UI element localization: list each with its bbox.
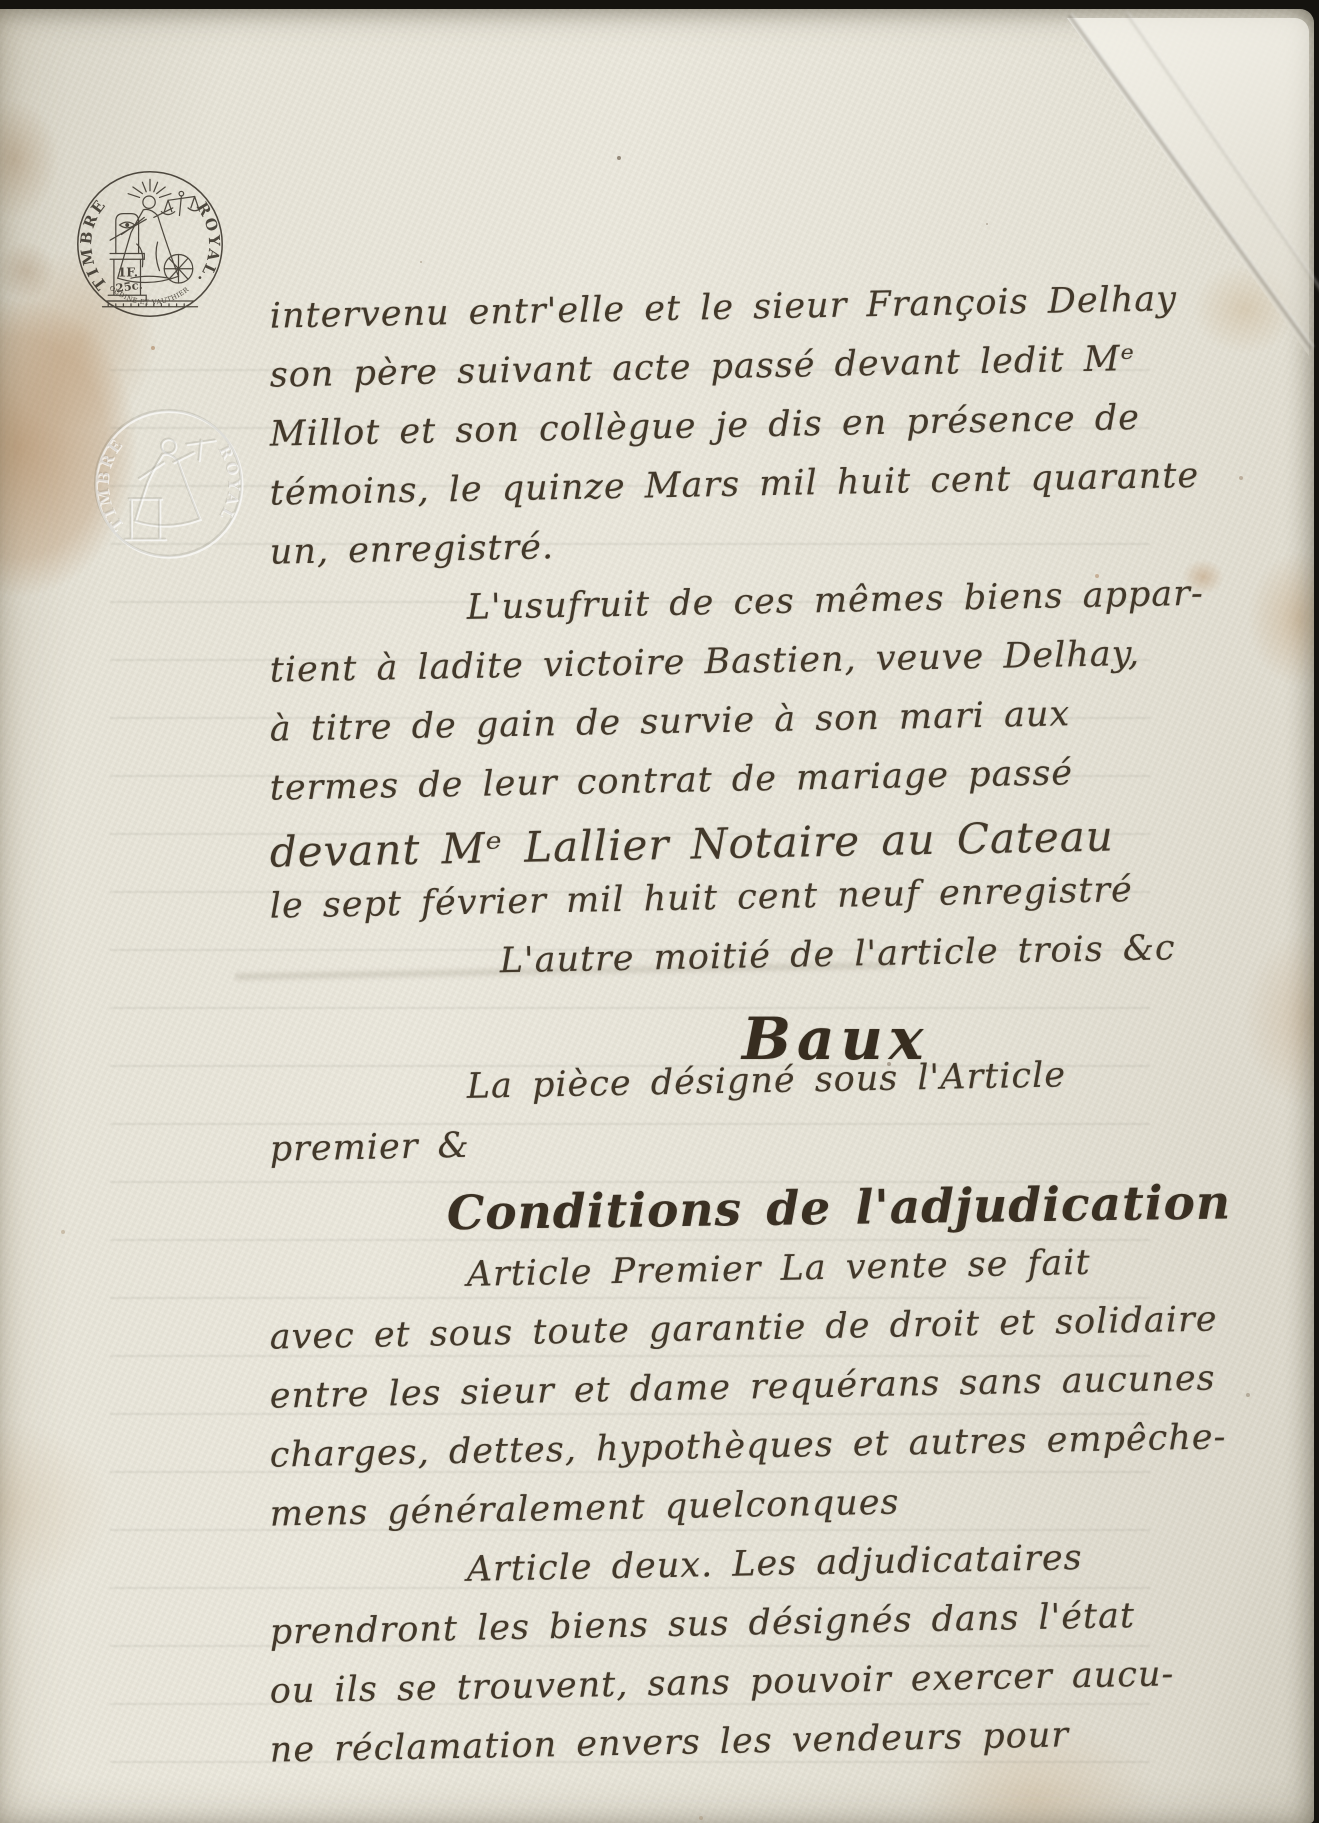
stamp-value-francs: 1F. xyxy=(118,264,138,279)
svg-text:ROYAL.: ROYAL. xyxy=(193,199,224,289)
timbre-royal-stamp-icon: TIMBRE ROYAL. OUDINE ET VAUTHIER· 1F. 25… xyxy=(74,167,226,321)
svg-text:TIMBRE: TIMBRE xyxy=(77,195,111,293)
stamp-value-centimes: 25c. xyxy=(115,278,143,296)
document-scan: TIMBRE ROYAL. OUDINE ET VAUTHIER· 1F. 25… xyxy=(0,0,1319,1823)
embossed-blind-stamp-icon: TIMBRE TIMBRE ROYAL ROYAL xyxy=(82,395,254,571)
stamp-arc-right-label: ROYAL. xyxy=(193,199,224,289)
stamp-arc-left-label: TIMBRE xyxy=(77,195,111,293)
manuscript-text: intervenu entr'elle et le sieur François… xyxy=(252,297,1132,1790)
paper-specks xyxy=(0,9,2,11)
paper-sheet: TIMBRE ROYAL. OUDINE ET VAUTHIER· 1F. 25… xyxy=(0,9,1314,1823)
